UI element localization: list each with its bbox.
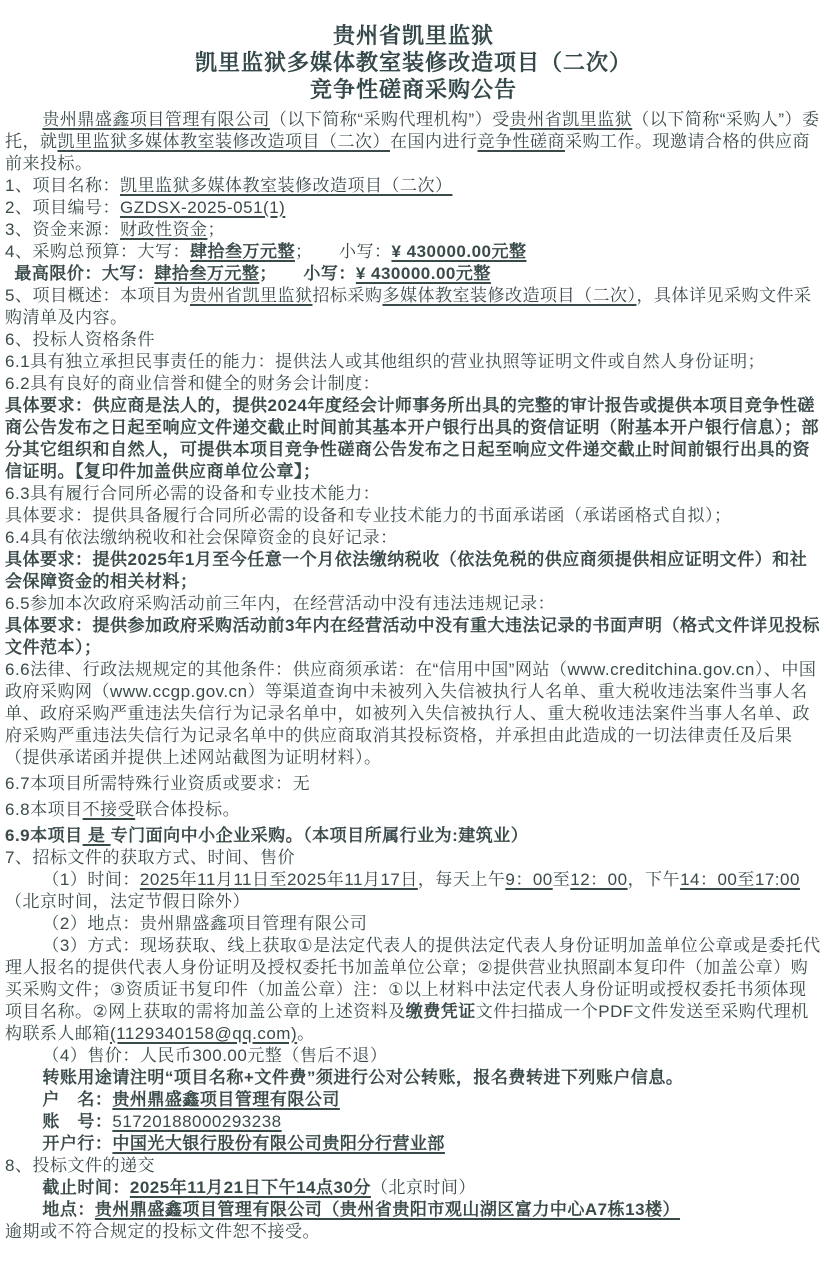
text-segment: 转账用途请注明“项目名称+文件费”须进行公对公转账，报名费转进下列账户信息。 xyxy=(42,1068,683,1087)
item-6-2: 6.2具有良好的商业信誉和健全的财务会计制度： xyxy=(5,373,822,395)
document-page: 贵州省凯里监狱 凯里监狱多媒体教室装修改造项目（二次） 竞争性磋商采购公告 贵州… xyxy=(0,0,827,1263)
text-segment: 6.2具有良好的商业信誉和健全的财务会计制度： xyxy=(5,374,380,393)
item-6-5: 6.5参加本次政府采购活动前三年内，在经营活动中没有违法违规记录： xyxy=(5,593,822,615)
underlined-text: 是 xyxy=(83,826,111,845)
underlined-text: 贵州鼎盛鑫项目管理有限公司（贵州省贵阳市观山湖区富力中心A7栋13楼） xyxy=(95,1200,680,1219)
underlined-text: ¥ 430000.00元整 xyxy=(356,264,491,283)
item-6-3-requirement: 具体要求：提供具备履行合同所必需的设备和专业技术能力的书面承诺函（承诺函格式自拟… xyxy=(5,505,822,527)
transfer-note: 转账用途请注明“项目名称+文件费”须进行公对公转账，报名费转进下列账户信息。 xyxy=(5,1067,822,1089)
submission-deadline: 截止时间：2025年11月21日下午14点30分（北京时间） xyxy=(5,1177,822,1199)
text-segment: ； 小写： xyxy=(295,242,392,261)
text-segment: 4、采购总预算：大写： xyxy=(5,242,190,261)
text-segment: 具体要求：供应商是法人的，提供2024年度经会计师事务所出具的完整的审计报告或提… xyxy=(5,396,819,481)
text-segment: 专门面向中小企业采购。（本项目所属行业为:建筑业） xyxy=(111,826,529,845)
text-segment: 地点： xyxy=(42,1200,95,1219)
account-bank: 开户行：中国光大银行股份有限公司贵阳分行营业部 xyxy=(5,1133,822,1155)
underlined-text: 12：00 xyxy=(570,870,627,889)
item-max-price: 最高限价：大写：肆拾叁万元整； 小写：¥ 430000.00元整 xyxy=(5,263,822,285)
text-segment: 6.6法律、行政法规规定的其他条件：供应商须承诺：在“信用中国”网站（www.c… xyxy=(5,660,816,767)
underlined-text: 凯里监狱多媒体教室装修改造项目（二次） xyxy=(120,176,453,195)
underlined-text: 14：00至17:00 xyxy=(680,870,800,889)
text-segment: （北京时间） xyxy=(371,1178,476,1197)
text-segment: 2、项目编号： xyxy=(5,198,120,217)
item-6-1: 6.1具有独立承担民事责任的能力：提供法人或其他组织的营业执照等证明文件或自然人… xyxy=(5,351,822,373)
underlined-text: 2025年11月11日至2025年11月17日 xyxy=(140,870,418,889)
item-project-name: 1、项目名称：凯里监狱多媒体教室装修改造项目（二次） xyxy=(5,175,822,197)
text-segment: 1、项目名称： xyxy=(5,176,120,195)
text-segment: ，每天上午 xyxy=(418,870,506,889)
account-number: 账 号：51720188000293238 xyxy=(5,1111,822,1133)
underlined-text: 凯里监狱多媒体教室装修改造项目（二次） xyxy=(58,132,391,151)
title-line-1: 贵州省凯里监狱 xyxy=(5,22,822,49)
text-segment: 具体要求：提供参加政府采购活动前3年内在经营活动中没有重大违法记录的书面声明（格… xyxy=(5,616,820,657)
item-7-method: （3）方式：现场获取、线上获取①是法定代表人的提供法定代表人身份证明加盖单位公章… xyxy=(5,935,822,1045)
text-segment: 户 名： xyxy=(42,1090,112,1109)
underlined-text: 竞争性磋商 xyxy=(478,132,566,151)
section-bid-submission: 8、投标文件的递交 xyxy=(5,1155,822,1177)
title-line-3: 竞争性磋商采购公告 xyxy=(5,76,822,103)
text-segment: 3、资金来源： xyxy=(5,220,120,239)
text-segment: 在国内进行 xyxy=(390,132,478,151)
underlined-text: 多媒体教室装修改造项目（二次） xyxy=(382,286,636,305)
text-segment: 招标采购 xyxy=(312,286,382,305)
text-segment: 开户行： xyxy=(42,1134,112,1153)
text-segment: 6.8本项目 xyxy=(5,800,83,819)
title-line-2: 凯里监狱多媒体教室装修改造项目（二次） xyxy=(5,49,822,76)
text-segment: （北京时间，法定节假日除外） xyxy=(5,892,250,911)
item-total-budget: 4、采购总预算：大写：肆拾叁万元整； 小写：¥ 430000.00元整 xyxy=(5,241,822,263)
text-segment: 8、投标文件的递交 xyxy=(5,1156,155,1175)
account-name: 户 名：贵州鼎盛鑫项目管理有限公司 xyxy=(5,1089,822,1111)
underlined-text: 2025年11月21日下午14点30分 xyxy=(130,1178,371,1197)
text-segment: （以下简称“采购代理机构”）受 xyxy=(270,110,510,129)
item-6-5-requirement: 具体要求：提供参加政府采购活动前3年内在经营活动中没有重大违法记录的书面声明（格… xyxy=(5,615,822,659)
underlined-text: 肆拾叁万元整 xyxy=(154,264,259,283)
text-segment: 6.7本项目所需特殊行业资质或要求：无 xyxy=(5,774,310,793)
underlined-text: 贵州省凯里监狱 xyxy=(510,110,633,129)
underlined-text: 贵州鼎盛鑫项目管理有限公司 xyxy=(112,1090,340,1109)
underlined-text: ¥ 430000.00元整 xyxy=(391,242,526,261)
document-title: 贵州省凯里监狱 凯里监狱多媒体教室装修改造项目（二次） 竞争性磋商采购公告 xyxy=(5,22,822,103)
item-6-4: 6.4具有依法缴纳税收和社会保障资金的良好记录： xyxy=(5,527,822,549)
item-project-number: 2、项目编号：GZDSX-2025-051(1) xyxy=(5,197,822,219)
text-segment: 。 xyxy=(297,1024,315,1043)
text-segment: ； 小写： xyxy=(259,264,356,283)
text-segment: 联合体投标。 xyxy=(135,800,240,819)
underlined-text: 财政性资金 xyxy=(120,220,208,239)
text-segment: 6.9本项目 xyxy=(5,826,83,845)
item-6-2-requirement: 具体要求：供应商是法人的，提供2024年度经会计师事务所出具的完整的审计报告或提… xyxy=(5,395,822,483)
item-6-6: 6.6法律、行政法规规定的其他条件：供应商须承诺：在“信用中国”网站（www.c… xyxy=(5,659,822,769)
text-segment: 至 xyxy=(553,870,571,889)
text-segment: 6.1具有独立承担民事责任的能力：提供法人或其他组织的营业执照等证明文件或自然人… xyxy=(5,352,765,371)
underlined-text: 不接受 xyxy=(83,800,136,819)
text-segment: 6.4具有依法缴纳税收和社会保障资金的良好记录： xyxy=(5,528,398,547)
item-6-8: 6.8本项目不接受联合体投标。 xyxy=(5,799,822,821)
item-7-place: （2）地点：贵州鼎盛鑫项目管理有限公司 xyxy=(5,913,822,935)
underlined-text: 9：00 xyxy=(505,870,552,889)
item-6-3: 6.3具有履行合同所必需的设备和专业技术能力： xyxy=(5,483,822,505)
item-7-price: （4）售价：人民币300.00元整（售后不退） xyxy=(5,1045,822,1067)
text-segment: 6.5参加本次政府采购活动前三年内，在经营活动中没有违法违规记录： xyxy=(5,594,555,613)
text-segment: （1）时间： xyxy=(42,870,139,889)
document-body: 贵州鼎盛鑫项目管理有限公司（以下简称“采购代理机构”）受贵州省凯里监狱（以下简称… xyxy=(5,109,822,1243)
text-segment: 账 号： xyxy=(42,1112,112,1131)
text-segment: 具体要求：提供具备履行合同所必需的设备和专业技术能力的书面承诺函（承诺函格式自拟… xyxy=(5,506,732,525)
submission-place: 地点：贵州鼎盛鑫项目管理有限公司（贵州省贵阳市观山湖区富力中心A7栋13楼） xyxy=(5,1199,822,1221)
underlined-text: 中国光大银行股份有限公司贵阳分行营业部 xyxy=(112,1134,445,1153)
text-segment: 缴费凭证 xyxy=(406,1002,476,1021)
text-segment: （2）地点：贵州鼎盛鑫项目管理有限公司 xyxy=(42,914,367,933)
text-segment: 逾期或不符合规定的投标文件恕不接受。 xyxy=(5,1222,320,1241)
text-segment: 5、项目概述：本项目为 xyxy=(5,286,190,305)
underlined-text: 贵州省凯里监狱 xyxy=(190,286,313,305)
section-document-acquisition: 7、招标文件的获取方式、时间、售价 xyxy=(5,847,822,869)
underlined-text: 贵州鼎盛鑫项目管理有限公司 xyxy=(42,110,270,129)
item-project-overview: 5、项目概述：本项目为贵州省凯里监狱招标采购多媒体教室装修改造项目（二次），具体… xyxy=(5,285,822,329)
item-6-9: 6.9本项目 是 专门面向中小企业采购。（本项目所属行业为:建筑业） xyxy=(5,825,822,847)
item-6-4-requirement: 具体要求：提供2025年1月至今任意一个月依法缴纳税收（依法免税的供应商须提供相… xyxy=(5,549,822,593)
text-segment: 7、招标文件的获取方式、时间、售价 xyxy=(5,848,295,867)
text-segment: 具体要求：提供2025年1月至今任意一个月依法缴纳税收（依法免税的供应商须提供相… xyxy=(5,550,807,591)
text-segment: ； xyxy=(207,220,225,239)
item-fund-source: 3、资金来源：财政性资金； xyxy=(5,219,822,241)
underlined-text: 肆拾叁万元整 xyxy=(190,242,295,261)
section-qualification: 6、投标人资格条件 xyxy=(5,329,822,351)
text-segment: 6、投标人资格条件 xyxy=(5,330,155,349)
underlined-text: 51720188000293238 xyxy=(112,1112,281,1131)
text-segment: （4）售价：人民币300.00元整（售后不退） xyxy=(42,1046,387,1065)
text-segment: 截止时间： xyxy=(42,1178,130,1197)
closing-note: 逾期或不符合规定的投标文件恕不接受。 xyxy=(5,1221,822,1243)
text-segment: 最高限价：大写： xyxy=(14,264,154,283)
text-segment: 6.3具有履行合同所必需的设备和专业技术能力： xyxy=(5,484,380,503)
underlined-text: GZDSX-2025-051(1) xyxy=(120,198,285,217)
text-segment: ，下午 xyxy=(628,870,681,889)
item-6-7: 6.7本项目所需特殊行业资质或要求：无 xyxy=(5,773,822,795)
underlined-text: (1129340158@qq.com) xyxy=(110,1024,297,1043)
intro-paragraph: 贵州鼎盛鑫项目管理有限公司（以下简称“采购代理机构”）受贵州省凯里监狱（以下简称… xyxy=(5,109,822,175)
item-7-time: （1）时间：2025年11月11日至2025年11月17日，每天上午9：00至1… xyxy=(5,869,822,913)
